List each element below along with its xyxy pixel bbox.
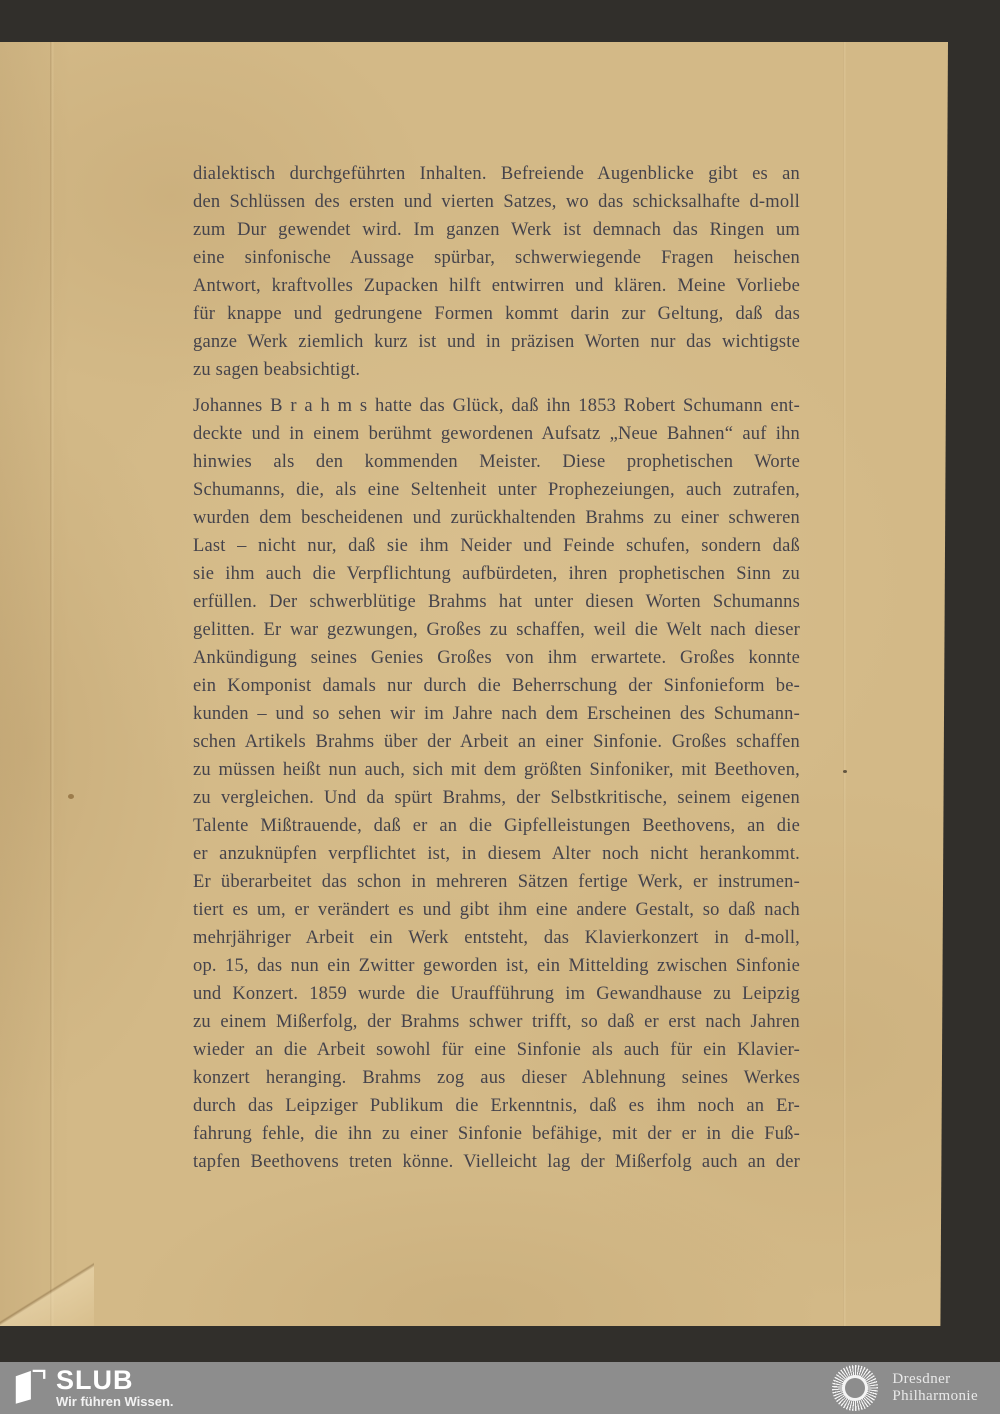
page-corner-fold [0, 1262, 94, 1326]
paper-speck [68, 794, 74, 799]
text-line: tapfen Beethovens treten könne. Vielleic… [193, 1148, 800, 1176]
scanned-page-view: dialektisch durchgeführten Inhalten. Bef… [0, 0, 1000, 1414]
fold-crease-left [50, 42, 54, 1326]
text-line: Er überarbeitet das schon in mehreren Sä… [193, 868, 800, 896]
paragraph: Johannes B r a h m s hatte das Glück, da… [193, 392, 800, 1176]
text-line: hinwies als den kommenden Meister. Diese… [193, 448, 800, 476]
text-line: konzert heranging. Brahms zog aus dieser… [193, 1064, 800, 1092]
text-line: und Konzert. 1859 wurde die Uraufführung… [193, 980, 800, 1008]
text-line: für knappe und gedrungene Formen kommt d… [193, 300, 800, 328]
text-line: schen Artikels Brahms über der Arbeit an… [193, 728, 800, 756]
slub-branding: SLUB Wir führen Wissen. [14, 1366, 174, 1409]
text-line: mehrjähriger Arbeit ein Werk entsteht, d… [193, 924, 800, 952]
text-line: zu sagen beabsichtigt. [193, 356, 800, 384]
philharmonie-name-line1: Dresdner [892, 1371, 978, 1388]
text-line: Johannes B r a h m s hatte das Glück, da… [193, 392, 800, 420]
slub-tagline: Wir führen Wissen. [56, 1395, 174, 1409]
text-line: Schumanns, die, als eine Seltenheit unte… [193, 476, 800, 504]
text-line: zu einem Mißerfolg, der Brahms schwer tr… [193, 1008, 800, 1036]
text-line: Ankündigung seines Genies Großes von ihm… [193, 644, 800, 672]
text-line: zu müssen heißt nun auch, sich mit dem g… [193, 756, 800, 784]
text-line: sie ihm auch die Verpflichtung aufbürdet… [193, 560, 800, 588]
paper-speck [843, 770, 847, 773]
text-line: Antwort, kraftvolles Zupacken hilft entw… [193, 272, 800, 300]
viewer-footer: SLUB Wir führen Wissen. Dresdner Philhar… [0, 1362, 1000, 1414]
fold-crease-right [843, 42, 846, 1326]
text-line: eine sinfonische Aussage spürbar, schwer… [193, 244, 800, 272]
text-line: tiert es um, er verändert es und gibt ih… [193, 896, 800, 924]
text-line: gelitten. Er war gezwungen, Großes zu sc… [193, 616, 800, 644]
philharmonie-branding: Dresdner Philharmonie [832, 1365, 978, 1411]
text-line: den Schlüssen des ersten und vierten Sat… [193, 188, 800, 216]
philharmonie-name-line2: Philharmonie [892, 1388, 978, 1405]
text-line: wurden dem bescheidenen und zurückhalten… [193, 504, 800, 532]
text-line: fahrung fehle, die ihn zu einer Sinfonie… [193, 1120, 800, 1148]
philharmonie-sunburst-icon [832, 1365, 878, 1411]
document-page: dialektisch durchgeführten Inhalten. Bef… [0, 42, 948, 1326]
paragraph: dialektisch durchgeführten Inhalten. Bef… [193, 160, 800, 384]
philharmonie-logo-texts: Dresdner Philharmonie [892, 1371, 978, 1405]
text-line: Talente Mißtrauende, daß er an die Gipfe… [193, 812, 800, 840]
slub-logo-texts: SLUB Wir führen Wissen. [56, 1366, 174, 1409]
text-line: ein Komponist damals nur durch die Beher… [193, 672, 800, 700]
text-line: kunden – und so sehen wir im Jahre nach … [193, 700, 800, 728]
text-line: Last – nicht nur, daß sie ihm Neider und… [193, 532, 800, 560]
text-line: zu vergleichen. Und da spürt Brahms, der… [193, 784, 800, 812]
text-line: er anzuknüpfen verpflichtet ist, in dies… [193, 840, 800, 868]
text-line: dialektisch durchgeführten Inhalten. Bef… [193, 160, 800, 188]
text-line: durch das Leipziger Publikum die Erkennt… [193, 1092, 800, 1120]
text-line: erfüllen. Der schwerblütige Brahms hat u… [193, 588, 800, 616]
page-text: dialektisch durchgeführten Inhalten. Bef… [193, 160, 800, 1184]
text-line: wieder an die Arbeit sowohl für eine Sin… [193, 1036, 800, 1064]
scan-background: { "page": { "paragraphs": [ { "last_line… [0, 0, 1000, 1414]
slub-book-icon [14, 1368, 46, 1404]
text-line: ganze Werk ziemlich kurz ist und in präz… [193, 328, 800, 356]
slub-logo-text: SLUB [56, 1366, 174, 1394]
text-line: zum Dur gewendet wird. Im ganzen Werk is… [193, 216, 800, 244]
text-line: op. 15, das nun ein Zwitter geworden ist… [193, 952, 800, 980]
sunburst-center-hole [845, 1378, 865, 1398]
text-line: deckte und in einem berühmt gewordenen A… [193, 420, 800, 448]
